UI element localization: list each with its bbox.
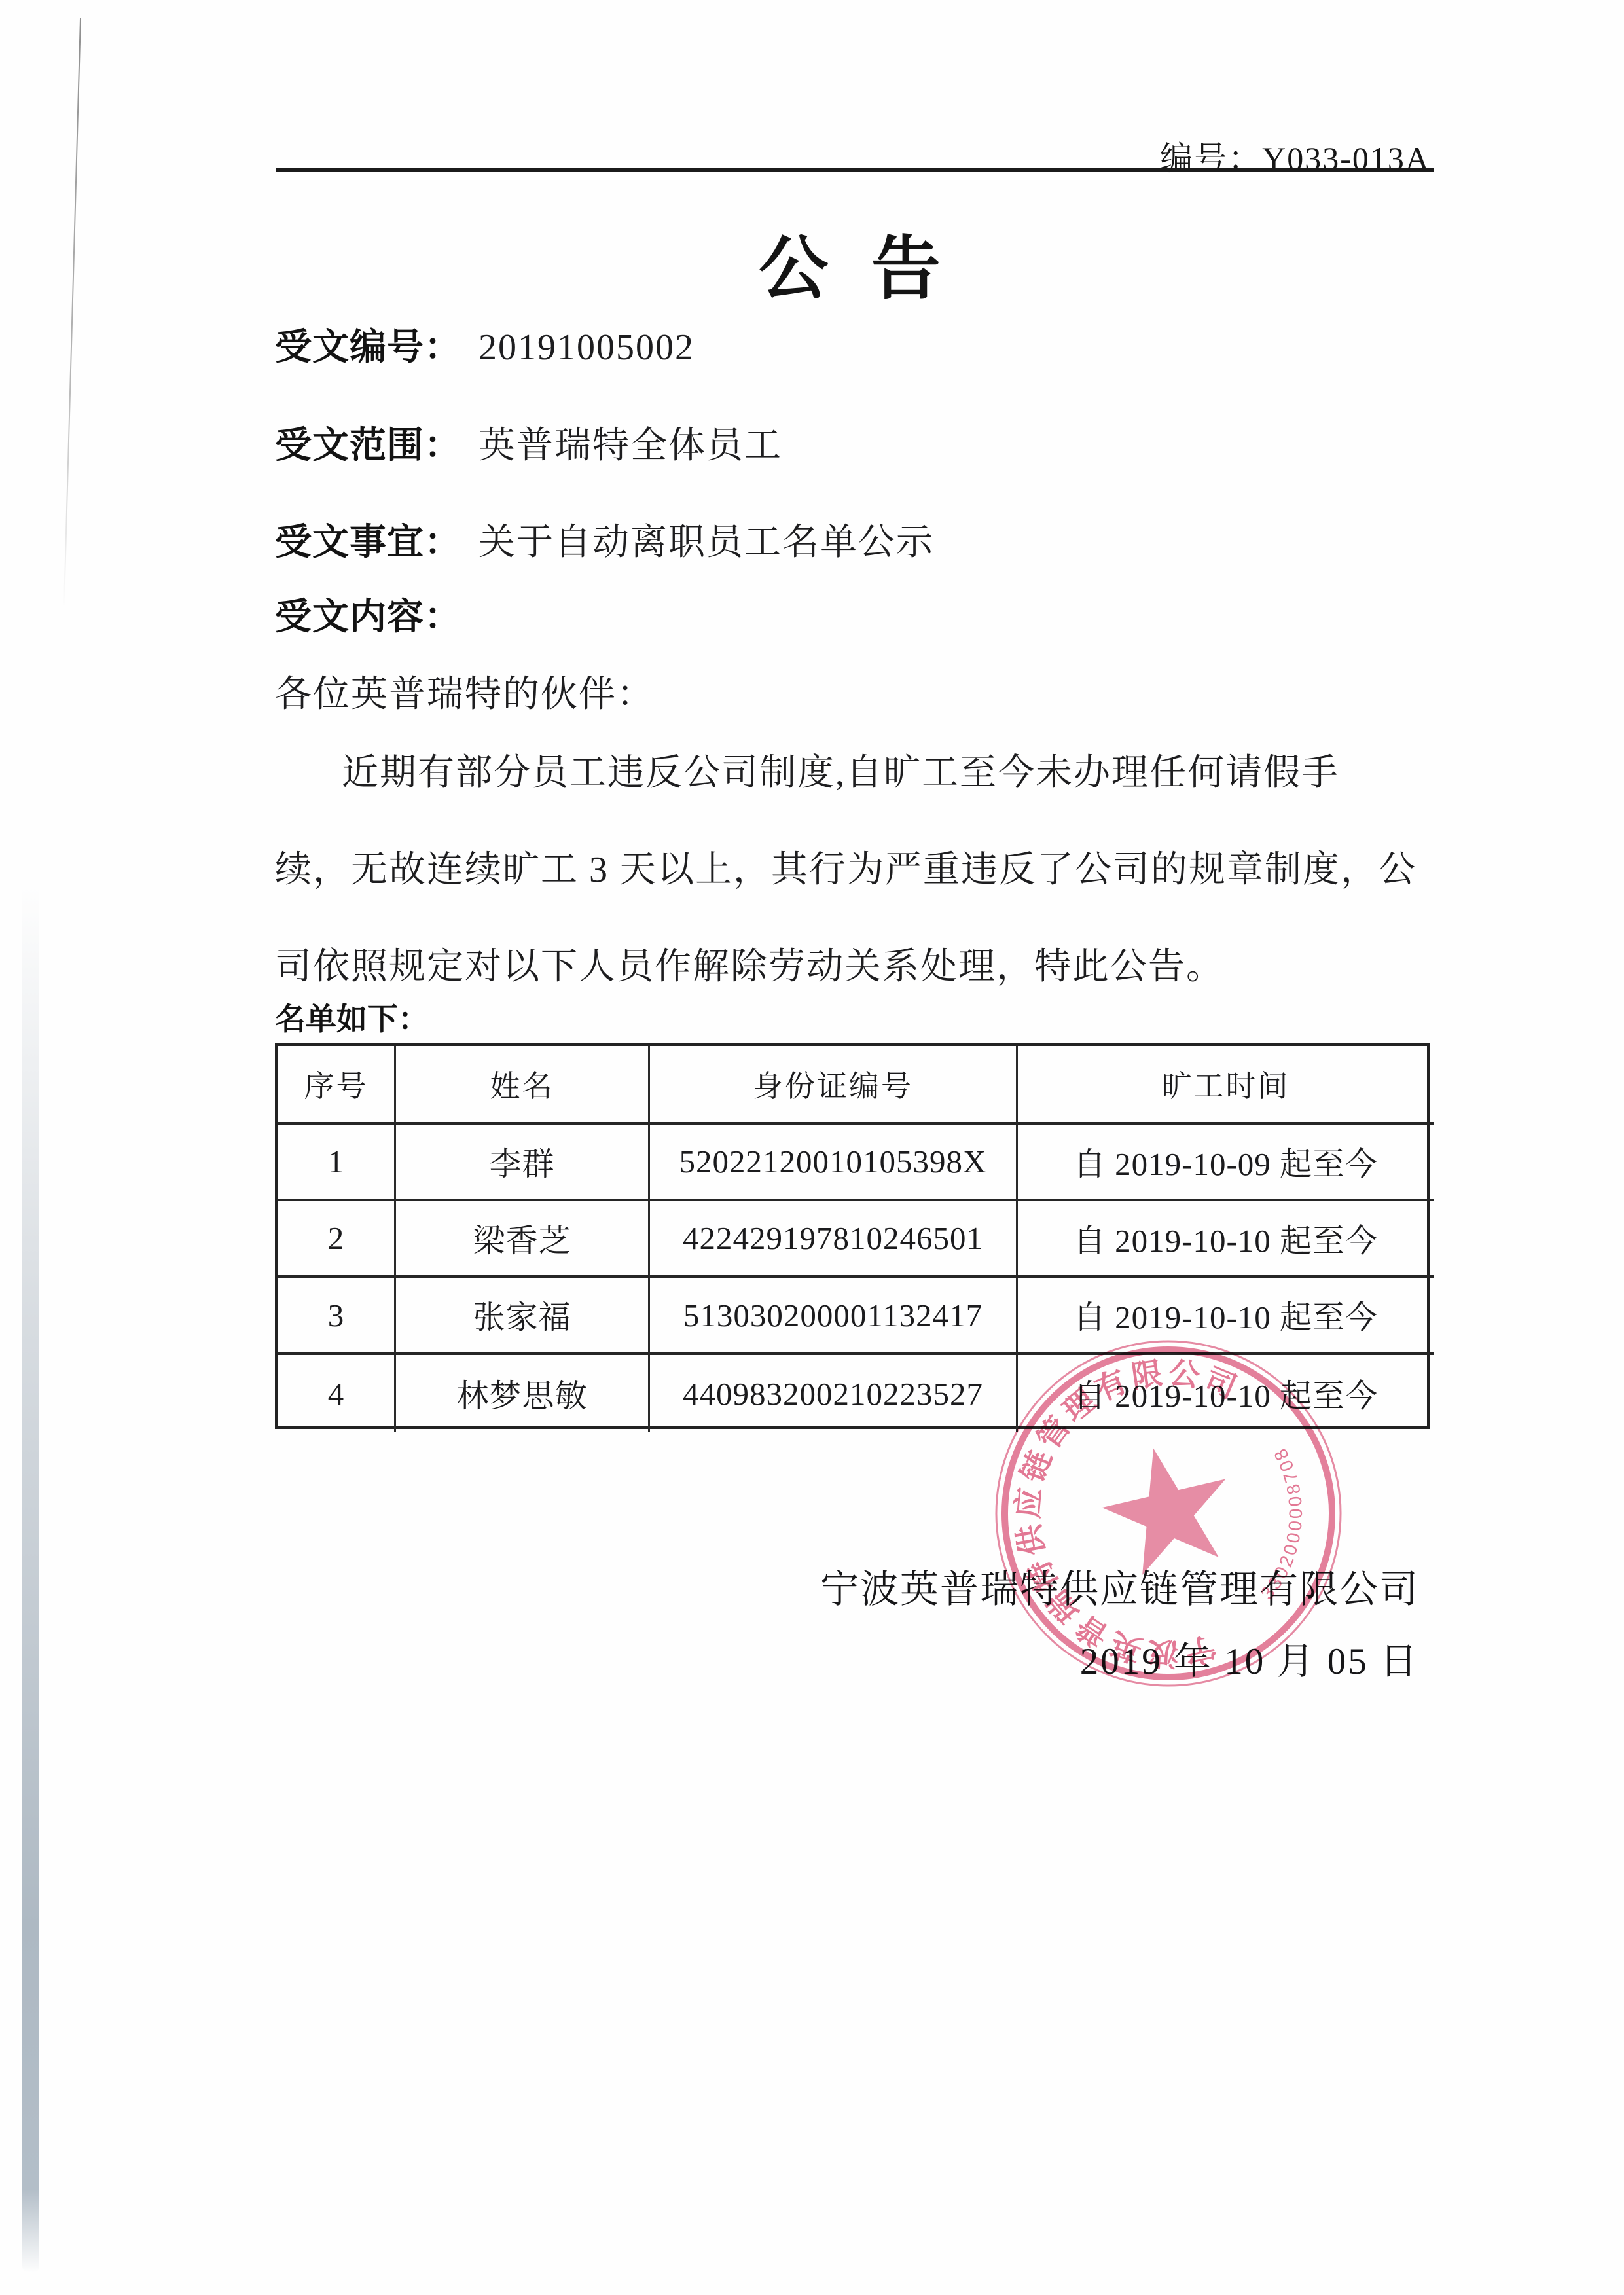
field-label: 受文范围： [275,424,461,465]
doc-number: 编号：Y033-013A [1160,132,1430,179]
table-cell-id: 422429197810246501 [650,1201,1018,1278]
table-cell-seq: 2 [278,1201,396,1278]
announcement-document-page: 编号：Y033-013A 公 告 受文编号：20191005002 受文范围：英… [0,0,1624,2295]
paragraph-line: 续，无故连续旷工 3 天以上，其行为严重违反了公司的规章制度，公 [275,840,1414,893]
seal-star-icon [1096,1444,1228,1581]
table-cell-absence: 自 2019-10-10 起至今 [1018,1201,1434,1278]
table-cell-seq: 3 [278,1278,396,1355]
field-row-subject: 受文事宜：关于自动离职员工名单公示 [275,513,934,566]
salutation: 各位英普瑞特的伙伴： [275,665,655,717]
field-value: 关于自动离职员工名单公示 [461,522,934,563]
field-label: 受文编号： [275,326,461,367]
seal-number: 3302000008708 [1255,1441,1312,1605]
table-cell-absence: 自 2019-10-09 起至今 [1018,1125,1434,1201]
field-value: 20191005002 [461,327,695,368]
field-row-content: 受文内容： [275,588,478,640]
company-seal-stamp: 宁波英普瑞特供应链管理有限公司 3302000008708 [985,1330,1352,1697]
scan-edge-strip [22,884,39,2273]
field-value [461,597,478,638]
table-cell-name: 张家福 [396,1278,650,1355]
table-cell-name: 林梦思敏 [396,1355,650,1432]
table-cell-id: 440983200210223527 [650,1355,1018,1432]
header-rule [276,168,1434,172]
scan-edge-line [63,18,81,607]
table-header-id: 身份证编号 [650,1046,1018,1125]
table-cell-name: 李群 [396,1125,650,1201]
field-value: 英普瑞特全体员工 [461,425,782,466]
field-label: 受文事宜： [275,521,461,562]
svg-text:3302000008708: 3302000008708 [1255,1441,1312,1605]
field-label: 受文内容： [275,596,461,637]
paragraph-line: 司依照规定对以下人员作解除劳动关系处理，特此公告。 [275,937,1414,990]
table-header-absence: 旷工时间 [1018,1046,1434,1125]
table-cell-seq: 1 [278,1125,396,1201]
table-cell-name: 梁香芝 [396,1201,650,1278]
table-cell-id: 513030200001132417 [650,1278,1018,1355]
list-intro: 名单如下： [275,995,429,1039]
page-title: 公 告 [196,213,1506,313]
table-header-seq: 序号 [278,1046,396,1125]
field-row-doc-id: 受文编号：20191005002 [275,318,695,370]
paragraph-line: 近期有部分员工违反公司制度,自旷工至今未办理任何请假手 [275,744,1414,796]
table-cell-id: 52022120010105398X [650,1125,1018,1201]
field-row-scope: 受文范围：英普瑞特全体员工 [275,416,782,469]
table-cell-seq: 4 [278,1355,396,1432]
table-header-name: 姓名 [396,1046,650,1125]
